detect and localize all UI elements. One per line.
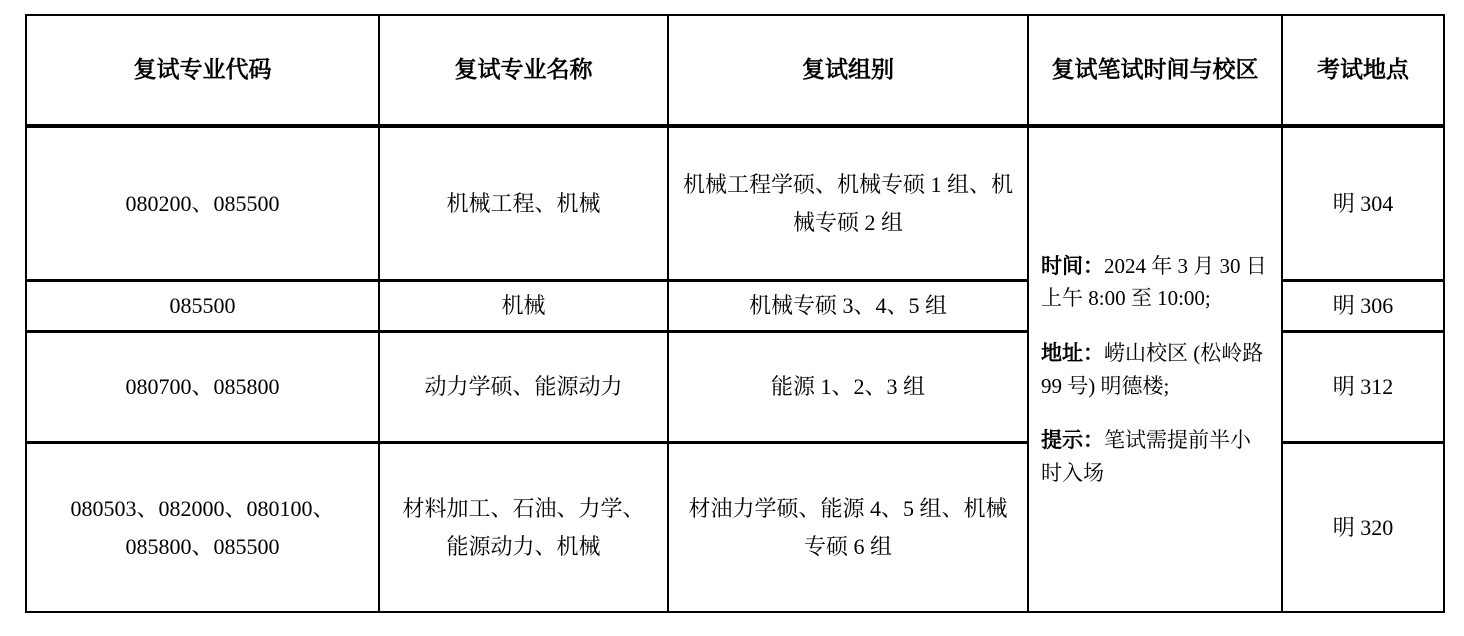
row4-room: 明 320 [1283,444,1443,611]
schedule-time: 时间：2024 年 3 月 30 日上午 8:00 至 10:00; [1041,250,1269,315]
row2-group: 机械专硕 3、4、5 组 [669,282,1029,333]
row4-group: 材油力学硕、能源 4、5 组、机械专硕 6 组 [669,444,1029,611]
row1-code: 080200、085500 [27,128,380,282]
row2-room: 明 306 [1283,282,1443,333]
row1-room: 明 304 [1283,128,1443,282]
row3-major: 动力学硕、能源动力 [380,333,669,444]
row1-major: 机械工程、机械 [380,128,669,282]
schedule-note: 提示：笔试需提前半小时入场 [1041,424,1269,489]
row4-code: 080503、082000、080100、085800、085500 [27,444,380,611]
row2-code: 085500 [27,282,380,333]
schedule-address-label: 地址： [1041,341,1104,365]
header-major: 复试专业名称 [380,16,669,128]
header-room: 考试地点 [1283,16,1443,128]
header-schedule: 复试笔试时间与校区 [1029,16,1283,128]
row3-group: 能源 1、2、3 组 [669,333,1029,444]
schedule-time-label: 时间： [1041,254,1104,278]
schedule-merged-cell: 时间：2024 年 3 月 30 日上午 8:00 至 10:00; 地址：崂山… [1029,128,1283,611]
exam-schedule-table: 复试专业代码 复试专业名称 复试组别 复试笔试时间与校区 考试地点 080200… [25,14,1445,613]
document-page: 复试专业代码 复试专业名称 复试组别 复试笔试时间与校区 考试地点 080200… [0,0,1464,636]
row1-group: 机械工程学硕、机械专硕 1 组、机械专硕 2 组 [669,128,1029,282]
schedule-note-label: 提示： [1041,428,1104,452]
row3-room: 明 312 [1283,333,1443,444]
row4-major: 材料加工、石油、力学、能源动力、机械 [380,444,669,611]
header-group: 复试组别 [669,16,1029,128]
row2-major: 机械 [380,282,669,333]
row3-code: 080700、085800 [27,333,380,444]
header-code: 复试专业代码 [27,16,380,128]
schedule-address: 地址：崂山校区 (松岭路 99 号) 明德楼; [1041,337,1269,402]
